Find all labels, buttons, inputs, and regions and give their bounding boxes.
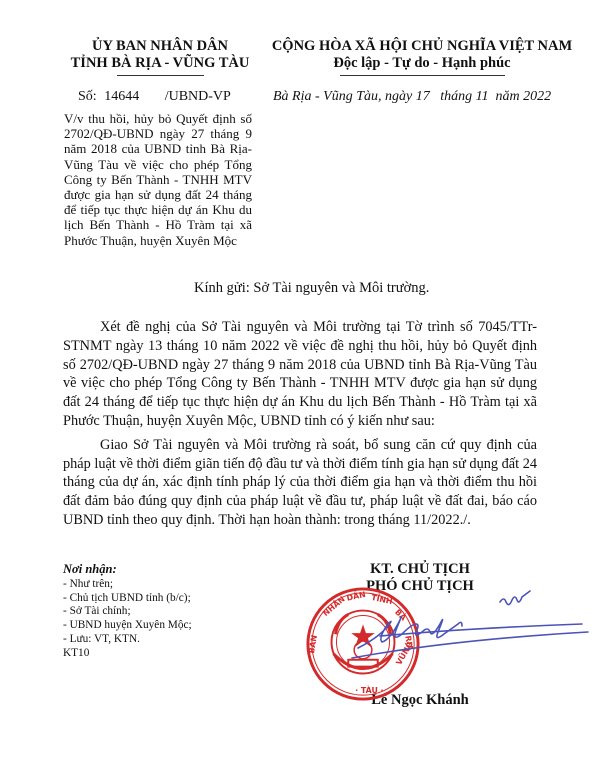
recipients-list-item: - Lưu: VT, KTN. [63,633,263,647]
date-line: Bà Rịa - Vũng Tàu, ngày 17 tháng 11 năm … [273,89,551,105]
document-number-value: 14644 [104,89,139,104]
national-header: CỘNG HÒA XÃ HỘI CHỦ NGHĨA VIỆT NAM Độc l… [262,38,582,76]
document-number: Số: 14644 /UBND-VP [78,89,231,105]
recipients-list-item: - Như trên; [63,578,263,592]
recipients-list-title: Nơi nhận: [63,563,263,577]
body-text: Xét đề nghị của Sở Tài nguyên và Môi trư… [63,318,537,530]
subject-summary: V/v thu hồi, hủy bỏ Quyết định số 2702/Q… [64,111,252,248]
body-paragraph: Giao Sở Tài nguyên và Môi trường rà soát… [63,436,537,530]
document-number-suffix: /UBND-VP [165,89,231,104]
issuer-underline [117,75,204,76]
issuer-line-2: TỈNH BÀ RỊA - VŨNG TÀU [60,55,260,72]
handwritten-signature-icon [350,570,590,690]
nation-motto: Độc lập - Tự do - Hạnh phúc [262,55,582,72]
recipients-list-item: - Chủ tịch UBND tỉnh (b/c); [63,592,263,606]
recipients-list: Nơi nhận: - Như trên; - Chủ tịch UBND tỉ… [63,563,263,661]
issuer-line-1: ỦY BAN NHÂN DÂN [60,38,260,55]
recipients-list-item: - Sở Tài chính; [63,605,263,619]
document-number-label: Số: [78,89,97,104]
recipients-list-item: - UBND huyện Xuyên Mộc; [63,619,263,633]
recipient-line: Kính gửi: Sở Tài nguyên và Môi trường. [194,280,429,297]
body-paragraph: Xét đề nghị của Sở Tài nguyên và Môi trư… [63,318,537,431]
motto-underline [340,75,505,76]
nation-title: CỘNG HÒA XÃ HỘI CHỦ NGHĨA VIỆT NAM [262,38,582,55]
recipients-list-item: KT10 [63,647,263,661]
issuer-header: ỦY BAN NHÂN DÂN TỈNH BÀ RỊA - VŨNG TÀU [60,38,260,76]
svg-text:BAN: BAN [307,634,319,654]
